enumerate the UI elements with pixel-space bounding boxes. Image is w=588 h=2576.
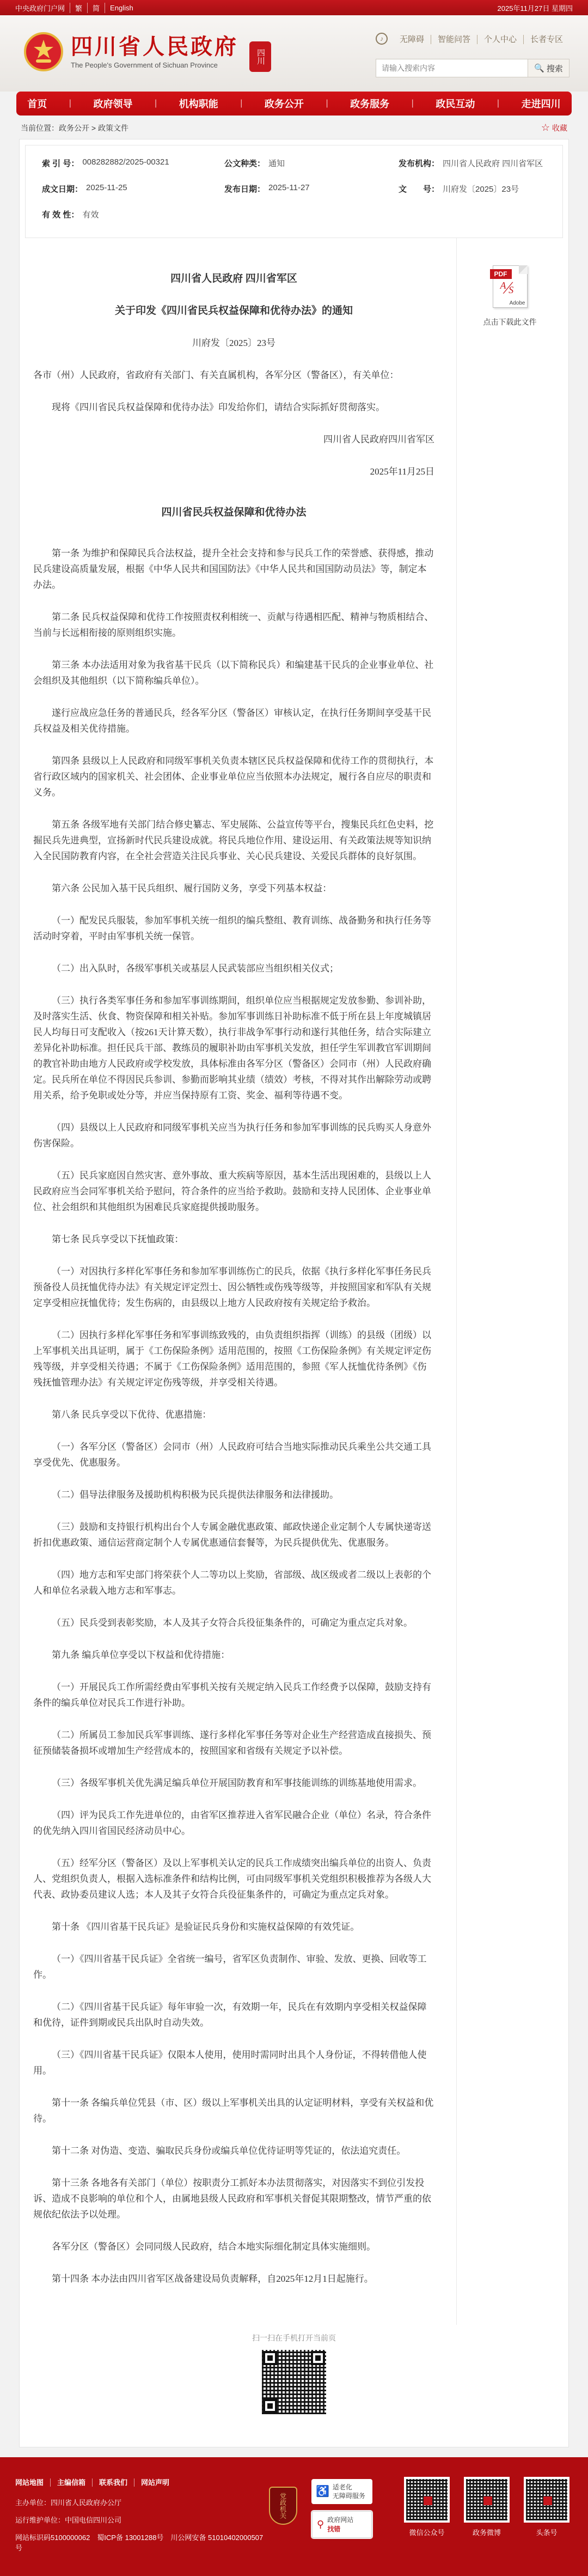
breadcrumb: 当前位置：政务公开 > 政策文件: [21, 123, 128, 133]
document-paragraph: （四）评为民兵工作先进单位的，由省军区推荐进入省军民融合企业（单位）名录，符合条…: [33, 1807, 434, 1839]
meta-issuer: 发布机构：四川省人民政府 四川省军区: [399, 157, 546, 169]
document-paragraph: 四川省人民政府 四川省军区: [33, 271, 434, 287]
document-paragraph: 第十条 《四川省基干民兵证》是验证民兵身份和实施权益保障的有效凭证。: [33, 1919, 434, 1935]
topbar-link[interactable]: 繁: [70, 3, 88, 13]
meta-publish-date: 发布日期：2025-11-27: [224, 183, 399, 195]
document-paragraph: （一）对因执行多样化军事任务和参加军事训练伤亡的民兵，依据《执行多样化军事任务民…: [33, 1263, 434, 1311]
qr-label: 微信公众号: [404, 2527, 450, 2537]
footer-service-boxes: ♿ 适老化无障碍服务 ⚲ 政府网站 找错: [311, 2479, 372, 2560]
document-paragraph: （四）县级以上人民政府和同级军事机关应当为执行任务和参加军事训练的民兵购买人身意…: [33, 1120, 434, 1151]
document-paragraph: 第六条 公民加入基干民兵组织、履行国防义务，享受下列基本权益：: [33, 880, 434, 896]
footer-link[interactable]: 网站声明: [134, 2478, 176, 2487]
document-paragraph: 第八条 民兵享受以下优待、优惠措施：: [33, 1407, 434, 1423]
find-error-box[interactable]: ⚲ 政府网站 找错: [311, 2511, 372, 2538]
breadcrumb-row: 当前位置：政务公开 > 政策文件 ☆ 收藏: [0, 116, 588, 139]
qr-code-image: [404, 2477, 450, 2523]
nav-item-5[interactable]: 政务服务: [350, 96, 389, 111]
document-paragraph: 川府发〔2025〕23号: [33, 335, 434, 351]
document-paragraph: 第五条 各级军地有关部门结合修史纂志、军史展陈、公益宣传等平台，搜集民兵红色史料…: [33, 817, 434, 864]
page-fold-icon: [519, 265, 528, 274]
footer-qr: 微信公众号: [404, 2477, 450, 2560]
nav-separator: |: [326, 99, 328, 108]
pdf-download[interactable]: PDF ⅍ Adobe 点击下载此文件: [483, 265, 537, 327]
site-header: 四川省人民政府 The People's Government of Sichu…: [0, 15, 588, 92]
footer-links: 网站地图主编信箱联系我们网站声明: [15, 2477, 266, 2487]
flag-magnifier-icon: ⚲: [317, 2518, 324, 2531]
utility-link[interactable]: 长者专区: [523, 35, 569, 44]
document-paragraph: 第七条 民兵享受以下抚恤政策：: [33, 1231, 434, 1247]
pdf-file-icon: PDF ⅍ Adobe: [493, 265, 528, 308]
national-emblem-icon: [24, 32, 63, 71]
qr-caption: 扫一扫在手机打开当前页: [25, 2332, 563, 2343]
document-paragraph: （一）《四川省基干民兵证》全省统一编号，省军区负责制作、审验、发放、更换、回收等…: [33, 1951, 434, 1983]
search-bar: 🔍搜索: [376, 59, 569, 77]
footer-link[interactable]: 网站地图: [15, 2478, 51, 2487]
page-qr-code: [262, 2350, 326, 2414]
footer-icp: 网站标识码5100000062 蜀ICP备 13001288号 川公网安备 51…: [15, 2532, 266, 2553]
footer-left: 网站地图主编信箱联系我们网站声明 主办单位：四川省人民政府办公厅 运行维护单位：…: [15, 2477, 266, 2560]
document-meta-grid: 索 引 号：008282882/2025-00321 公文种类：通知 发布机构：…: [42, 157, 546, 234]
document-paragraph: （三）执行各类军事任务和参加军事训练期间，组织单位应当根据规定发放参勤、参训补助…: [33, 993, 434, 1103]
document-meta-box: 索 引 号：008282882/2025-00321 公文种类：通知 发布机构：…: [25, 145, 563, 238]
top-utility-bar: 中央政府门户网繁简English 2025年11月27日 星期四: [0, 0, 588, 15]
nav-item-6[interactable]: 政民互动: [436, 96, 475, 111]
document-paragraph: （一）各军分区（警备区）会同市（州）人民政府可结合当地实际推动民兵乘坐公共交通工…: [33, 1439, 434, 1471]
nav-item-2[interactable]: 政府领导: [93, 96, 132, 111]
search-input[interactable]: [376, 59, 528, 77]
document-paragraph: 第二条 民兵权益保障和优待工作按照责权利相统一、贡献与待遇相匹配、精神与物质相结…: [33, 609, 434, 641]
star-icon: ☆: [541, 122, 550, 133]
footer-link[interactable]: 联系我们: [93, 2478, 134, 2487]
meta-index-no: 索 引 号：008282882/2025-00321: [42, 157, 224, 169]
document-paragraph: （二）出入队时，各级军事机关或基层人民武装部应当组织相关仪式；: [33, 961, 434, 976]
nav-separator: |: [240, 99, 242, 108]
qr-section: 扫一扫在手机打开当前页: [25, 2325, 563, 2447]
qr-label: 政务微博: [464, 2527, 510, 2537]
meta-written-date: 成文日期：2025-11-25: [42, 183, 224, 195]
seal-stamp-icon: 四川: [249, 41, 271, 72]
document-paragraph: 第三条 本办法适用对象为我省基干民兵（以下简称民兵）和编建基干民兵的企业事业单位…: [33, 657, 434, 689]
document-paragraph: （一）配发民兵服装，参加军事机关统一组织的编兵整组、教育训练、战备勤务和执行任务…: [33, 913, 434, 944]
document-paragraph: （三）各级军事机关优先满足编兵单位开展国防教育和军事技能训练的训练基地使用需求。: [33, 1775, 434, 1791]
qr-code-image: [524, 2477, 569, 2523]
document-paragraph: 四川省人民政府四川省军区: [33, 432, 434, 447]
document-sidebar: PDF ⅍ Adobe 点击下载此文件: [457, 238, 563, 2325]
topbar-link[interactable]: English: [105, 4, 138, 12]
topbar-link[interactable]: 中央政府门户网: [15, 3, 70, 13]
accessibility-audio-icon[interactable]: ♪: [376, 33, 388, 45]
pdf-download-caption[interactable]: 点击下载此文件: [483, 317, 537, 327]
utility-link[interactable]: 无障碍: [393, 35, 431, 44]
document-paragraph: 遂行应战应急任务的普通民兵，经各军分区（警备区）审核认定，在执行任务期间享受基干…: [33, 705, 434, 737]
document-paragraph: 第十三条 各地各有关部门（单位）按职责分工抓好本办法贯彻落实，对因落实不到位引发…: [33, 2175, 434, 2222]
meta-validity: 有 效 性：有效: [42, 209, 224, 220]
document-paragraph: 四川省民兵权益保障和优待办法: [33, 505, 434, 520]
document-paragraph: 现将《四川省民兵权益保障和优待办法》印发给你们，请结合实际抓好贯彻落实。: [33, 399, 434, 415]
qr-code-image: [464, 2477, 510, 2523]
document-paragraph: （五）经军分区（警备区）及以上军事机关认定的民兵工作成绩突出编兵单位的出资人、负…: [33, 1855, 434, 1903]
document-paragraph: （一）开展民兵工作所需经费由军事机关按有关规定纳入民兵工作经费予以保障，鼓励支持…: [33, 1679, 434, 1711]
search-button[interactable]: 🔍搜索: [528, 59, 569, 77]
topbar-link[interactable]: 简: [88, 3, 105, 13]
document-paragraph: （三）《四川省基干民兵证》仅限本人使用，使用时需同时出具个人身份证，不得转借他人…: [33, 2047, 434, 2079]
document-paragraph: （二）倡导法律服务及援助机构积极为民兵提供法律服务和法律援助。: [33, 1487, 434, 1503]
meta-doc-type: 公文种类：通知: [224, 157, 399, 169]
footer-qr: 头条号: [524, 2477, 569, 2560]
footer-link[interactable]: 主编信箱: [51, 2478, 93, 2487]
adobe-ribbon-icon: ⅍: [500, 279, 514, 297]
search-icon: 🔍: [534, 63, 544, 73]
utility-link[interactable]: 智能问答: [431, 35, 477, 44]
party-gov-badge-icon[interactable]: 党政机关: [269, 2487, 297, 2525]
document-paragraph: （五）民兵受到表彰奖励，本人及其子女符合兵役征集条件的，可确定为重点定兵对象。: [33, 1615, 434, 1631]
nav-item-3[interactable]: 机构职能: [179, 96, 218, 111]
footer-maintainer: 运行维护单位：中国电信四川公司: [15, 2514, 266, 2525]
document-paragraph: 第十四条 本办法由四川省军区战备建设局负责解释，自2025年12月1日起施行。: [33, 2271, 434, 2287]
utility-link[interactable]: 个人中心: [477, 35, 523, 44]
utility-links: ♪ 无障碍智能问答个人中心长者专区: [376, 33, 569, 45]
document-paragraph: 第十一条 各编兵单位凭县（市、区）级以上军事机关出具的认定证明材料，享受有关权益…: [33, 2095, 434, 2127]
document-paragraph: 各市（州）人民政府，省政府有关部门、有关直属机构，各军分区（警备区），有关单位：: [33, 367, 434, 383]
document-paragraph: 关于印发《四川省民兵权益保障和优待办法》的通知: [33, 303, 434, 319]
wheelchair-icon: ♿: [316, 2484, 329, 2499]
main-nav: 首页|政府领导|机构职能|政务公开|政务服务|政民互动|走进四川: [16, 92, 572, 116]
footer-qr: 政务微博: [464, 2477, 510, 2560]
footer-host: 主办单位：四川省人民政府办公厅: [15, 2497, 266, 2507]
nav-item-7[interactable]: 走进四川: [522, 96, 561, 111]
document-paragraph: 第十二条 对伪造、变造、骗取民兵身份或编兵单位优待证明等凭证的，依法追究责任。: [33, 2143, 434, 2159]
document-card: 索 引 号：008282882/2025-00321 公文种类：通知 发布机构：…: [19, 139, 569, 2447]
nav-item-4[interactable]: 政务公开: [265, 96, 304, 111]
favorite-button[interactable]: ☆ 收藏: [541, 122, 567, 133]
current-date: 2025年11月27日 星期四: [498, 3, 573, 13]
site-title-en: The People's Government of Sichuan Provi…: [71, 61, 238, 69]
document-paragraph: （二）所属员工参加民兵军事训练、遂行多样化军事任务等对企业生产经营造成直接损失、…: [33, 1727, 434, 1759]
brand-text: 四川省人民政府 The People's Government of Sichu…: [71, 35, 238, 69]
accessibility-service-box[interactable]: ♿ 适老化无障碍服务: [311, 2479, 372, 2504]
breadcrumb-path[interactable]: 政务公开 > 政策文件: [59, 124, 128, 132]
document-paragraph: 第四条 县级以上人民政府和同级军事机关负责本辖区民兵权益保障和优待工作的贯彻执行…: [33, 753, 434, 800]
site-title: 四川省人民政府: [71, 35, 238, 59]
document-paragraph: （二）《四川省基干民兵证》每年审验一次，有效期一年，民兵在有效期内享受相关权益保…: [33, 1999, 434, 2031]
document-paragraph: （三）鼓励和支持银行机构出台个人专属金融优惠政策、邮政快递企业定制个人专属快递寄…: [33, 1519, 434, 1551]
nav-separator: |: [155, 99, 157, 108]
document-paragraph: （二）因执行多样化军事任务和军事训练致残的，由负责组织指挥（训练）的县级（团级）…: [33, 1327, 434, 1390]
document-body: 四川省人民政府 四川省军区关于印发《四川省民兵权益保障和优待办法》的通知川府发〔…: [25, 238, 457, 2325]
document-paragraph: （五）民兵家庭因自然灾害、意外事故、重大疾病等原因，基本生活出现困难的，县级以上…: [33, 1168, 434, 1215]
document-paragraph: 各军分区（警备区）会同同级人民政府，结合本地实际细化制定具体实施细则。: [33, 2239, 434, 2255]
nav-separator: |: [412, 99, 414, 108]
document-paragraph: 2025年11月25日: [33, 464, 434, 479]
nav-separator: |: [69, 99, 71, 108]
nav-item-1[interactable]: 首页: [27, 96, 47, 111]
nav-separator: |: [497, 99, 499, 108]
site-footer: 网站地图主编信箱联系我们网站声明 主办单位：四川省人民政府办公厅 运行维护单位：…: [0, 2457, 588, 2576]
document-paragraph: （四）地方志和军史部门将荣获个人二等功以上奖励，省部级、战区级或者二级以上表彰的…: [33, 1567, 434, 1599]
document-paragraph: 第九条 编兵单位享受以下权益和优待措施：: [33, 1647, 434, 1663]
document-layout: 四川省人民政府 四川省军区关于印发《四川省民兵权益保障和优待办法》的通知川府发〔…: [25, 238, 563, 2325]
top-links: 中央政府门户网繁简English: [15, 3, 138, 13]
site-brand: 四川省人民政府 The People's Government of Sichu…: [24, 32, 271, 72]
footer-qr-codes: 微信公众号政务微博头条号: [404, 2477, 573, 2560]
meta-doc-number: 文 号：川府发〔2025〕23号: [399, 183, 546, 195]
document-paragraph: 第一条 为维护和保障民兵合法权益，提升全社会支持和参与民兵工作的荣誉感、获得感，…: [33, 545, 434, 593]
qr-label: 头条号: [524, 2527, 569, 2537]
